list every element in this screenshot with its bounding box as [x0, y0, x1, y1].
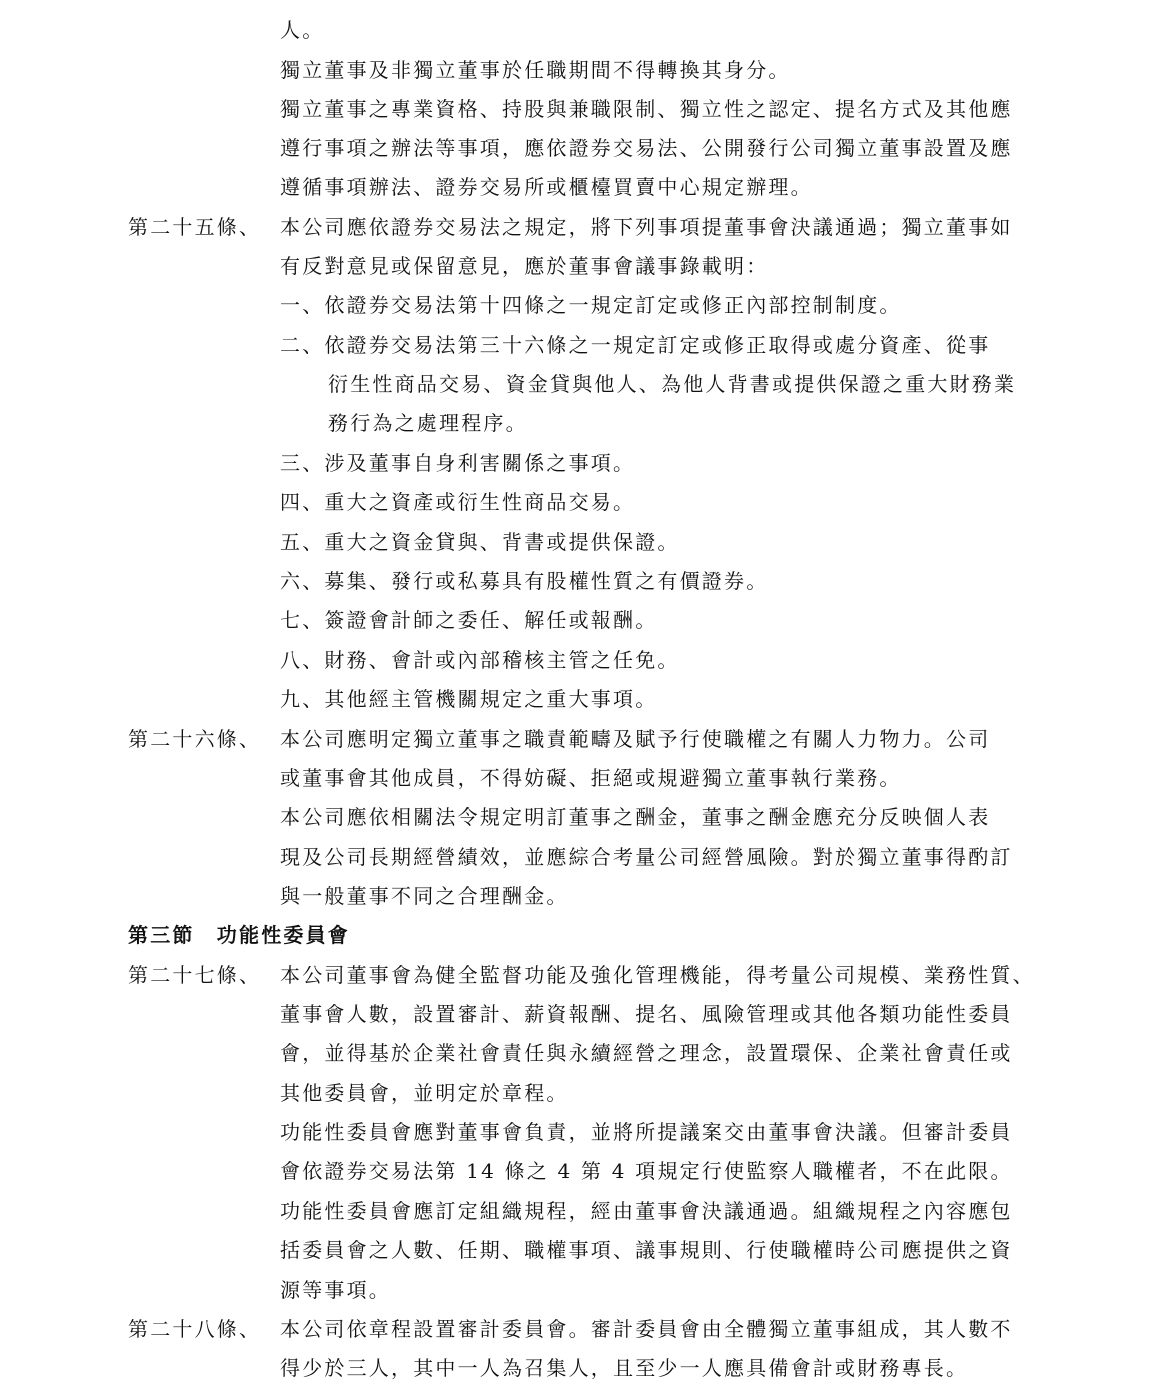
article-27-text: 括委員會之人數、任期、職權事項、議事規則、行使職權時公司應提供之資 [280, 1238, 1013, 1262]
article-26-label: 第二十六條、 [128, 727, 261, 751]
article-25-text: 本公司應依證券交易法之規定，將下列事項提董事會決議通過；獨立董事如 [280, 215, 1013, 239]
article-26-text: 現及公司長期經營績效，並應綜合考量公司經營風險。對於獨立董事得酌訂 [280, 845, 1013, 869]
article-25-item-3: 三、涉及董事自身利害關係之事項。 [280, 451, 635, 475]
article-28-label: 第二十八條、 [128, 1317, 261, 1341]
body-line: 遵行事項之辦法等事項，應依證券交易法、公開發行公司獨立董事設置及應 [280, 136, 1013, 160]
article-28-text: 本公司依章程設置審計委員會。審計委員會由全體獨立董事組成，其人數不 [280, 1317, 1013, 1341]
article-25-item-6: 六、募集、發行或私募具有股權性質之有價證券。 [280, 569, 768, 593]
article-27-label: 第二十七條、 [128, 963, 261, 987]
article-25-item-9: 九、其他經主管機關規定之重大事項。 [280, 687, 657, 711]
article-27-text: 會依證券交易法第 14 條之 4 第 4 項規定行使監察人職權者，不在此限。 [280, 1159, 1013, 1183]
article-27-text: 功能性委員會應對董事會負責，並將所提議案交由董事會決議。但審計委員 [280, 1120, 1013, 1144]
article-27-text: 會，並得基於企業社會責任與永續經營之理念，設置環保、企業社會責任或 [280, 1041, 1013, 1065]
article-26-text: 本公司應依相關法令規定明訂董事之酬金，董事之酬金應充分反映個人表 [280, 805, 990, 829]
article-25-item-1: 一、依證券交易法第十四條之一規定訂定或修正內部控制制度。 [280, 293, 902, 317]
article-25-item-2: 二、依證券交易法第三十六條之一規定訂定或修正取得或處分資產、從事 [280, 333, 990, 357]
article-26-text: 與一般董事不同之合理酬金。 [280, 884, 569, 908]
body-line: 遵循事項辦法、證券交易所或櫃檯買賣中心規定辦理。 [280, 175, 813, 199]
article-28-text: 得少於三人，其中一人為召集人，且至少一人應具備會計或財務專長。 [280, 1356, 968, 1380]
article-25-item-4: 四、重大之資產或衍生性商品交易。 [280, 490, 635, 514]
article-25-item-2-cont: 衍生性商品交易、資金貸與他人、為他人背書或提供保證之重大財務業 [328, 372, 1016, 396]
article-27-text: 其他委員會，並明定於章程。 [280, 1081, 569, 1105]
body-line: 獨立董事之專業資格、持股與兼職限制、獨立性之認定、提名方式及其他應 [280, 97, 1013, 121]
article-27-text: 本公司董事會為健全監督功能及強化管理機能，得考量公司規模、業務性質、 [280, 963, 1035, 987]
body-line: 人。 [280, 18, 324, 42]
article-25-item-2-cont: 務行為之處理程序。 [328, 411, 528, 435]
article-27-text: 源等事項。 [280, 1278, 391, 1302]
article-26-text: 本公司應明定獨立董事之職責範疇及賦予行使職權之有關人力物力。公司 [280, 727, 990, 751]
article-27-text: 董事會人數，設置審計、薪資報酬、提名、風險管理或其他各類功能性委員 [280, 1002, 1013, 1026]
body-line: 獨立董事及非獨立董事於任職期間不得轉換其身分。 [280, 58, 791, 82]
article-25-item-7: 七、簽證會計師之委任、解任或報酬。 [280, 608, 657, 632]
article-25-text: 有反對意見或保留意見，應於董事會議事錄載明： [280, 254, 768, 278]
article-25-item-8: 八、財務、會計或內部稽核主管之任免。 [280, 648, 680, 672]
article-25-item-5: 五、重大之資金貸與、背書或提供保證。 [280, 530, 680, 554]
article-27-text: 功能性委員會應訂定組織規程，經由董事會決議通過。組織規程之內容應包 [280, 1199, 1013, 1223]
article-26-text: 或董事會其他成員，不得妨礙、拒絕或規避獨立董事執行業務。 [280, 766, 902, 790]
article-25-label: 第二十五條、 [128, 215, 261, 239]
document-page: 人。 獨立董事及非獨立董事於任職期間不得轉換其身分。 獨立董事之專業資格、持股與… [0, 0, 1170, 1400]
section-heading: 第三節 功能性委員會 [128, 923, 350, 947]
